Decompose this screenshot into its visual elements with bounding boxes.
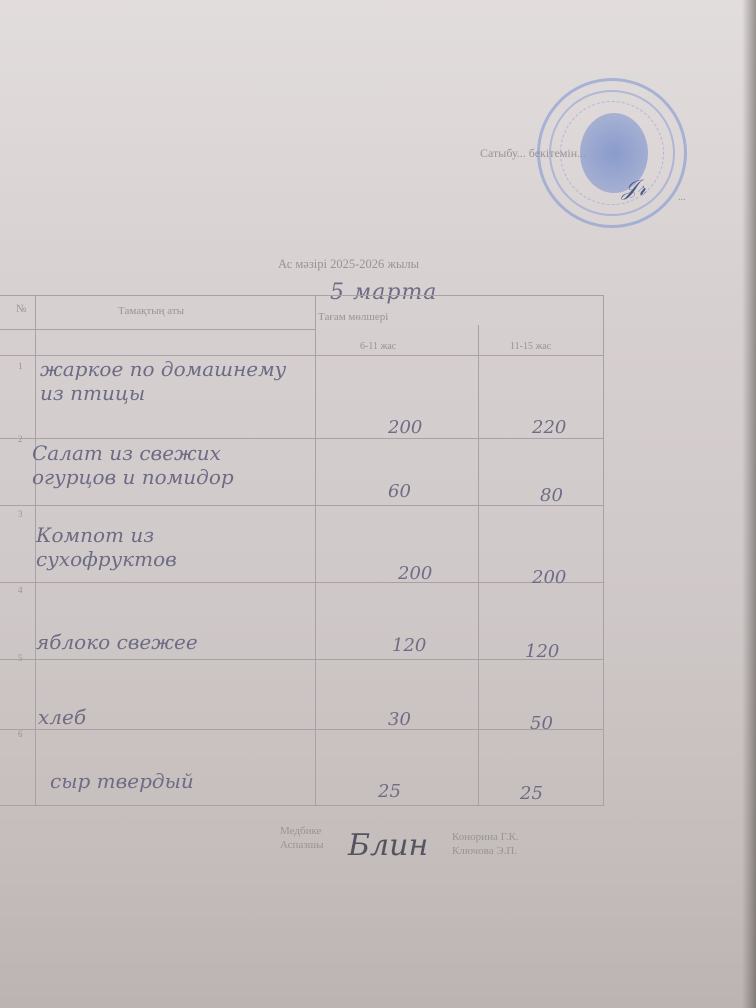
row-number: 1 [18, 361, 23, 371]
header-dish-name: Тамақтың аты [118, 305, 184, 317]
dish-name: жаркое по домашнему из птицы [40, 357, 290, 405]
page-edge-shadow [742, 0, 756, 1008]
qty-6-11: 60 [388, 481, 411, 502]
signature-labels: Медбике Аспазшы [280, 824, 324, 852]
header-age-11-15: 11-15 жас [510, 341, 551, 352]
handwritten-signature: Блин [348, 828, 428, 863]
qty-11-15: 120 [525, 641, 559, 662]
approval-text: Сатыбу... бекітемін... [480, 146, 586, 161]
label-cook: Аспазшы [280, 838, 324, 852]
qty-11-15: 220 [532, 417, 566, 438]
name-nurse: Конорина Г.К. [452, 830, 519, 844]
row-number: 5 [18, 653, 23, 663]
qty-11-15: 25 [520, 783, 543, 804]
signature-names: Конорина Г.К. Ключова Э.П. [452, 830, 519, 858]
header-number: № [16, 303, 27, 315]
header-portion: Тағам мөлшері [318, 311, 388, 323]
dish-name: Салат из свежих огурцов и помидор [32, 441, 307, 489]
label-nurse: Медбике [280, 824, 324, 838]
qty-6-11: 120 [392, 635, 426, 656]
name-cook: Ключова Э.П. [452, 844, 519, 858]
row-number: 2 [18, 434, 23, 444]
dish-name: Компот из сухофруктов [36, 523, 276, 571]
header-age-6-11: 6-11 жас [360, 341, 396, 352]
row-number: 6 [18, 729, 23, 739]
handwritten-date: 5 марта [330, 280, 437, 305]
qty-6-11: 200 [388, 417, 422, 438]
qty-6-11: 200 [398, 563, 432, 584]
document-title: Ас мәзірі 2025-2026 жылы [278, 257, 419, 272]
row-number: 4 [18, 585, 23, 595]
qty-6-11: 25 [378, 781, 401, 802]
qty-11-15: 50 [530, 713, 553, 734]
qty-6-11: 30 [388, 709, 411, 730]
dish-name: яблоко свежее [36, 630, 306, 654]
dish-name: хлеб [38, 705, 238, 729]
approval-signature: 𝒥𝓇 [622, 176, 646, 201]
row-number: 3 [18, 509, 23, 519]
dish-name: сыр твердый [50, 769, 290, 793]
qty-11-15: 80 [540, 485, 563, 506]
approval-name: ... [678, 192, 686, 203]
qty-11-15: 200 [532, 567, 566, 588]
